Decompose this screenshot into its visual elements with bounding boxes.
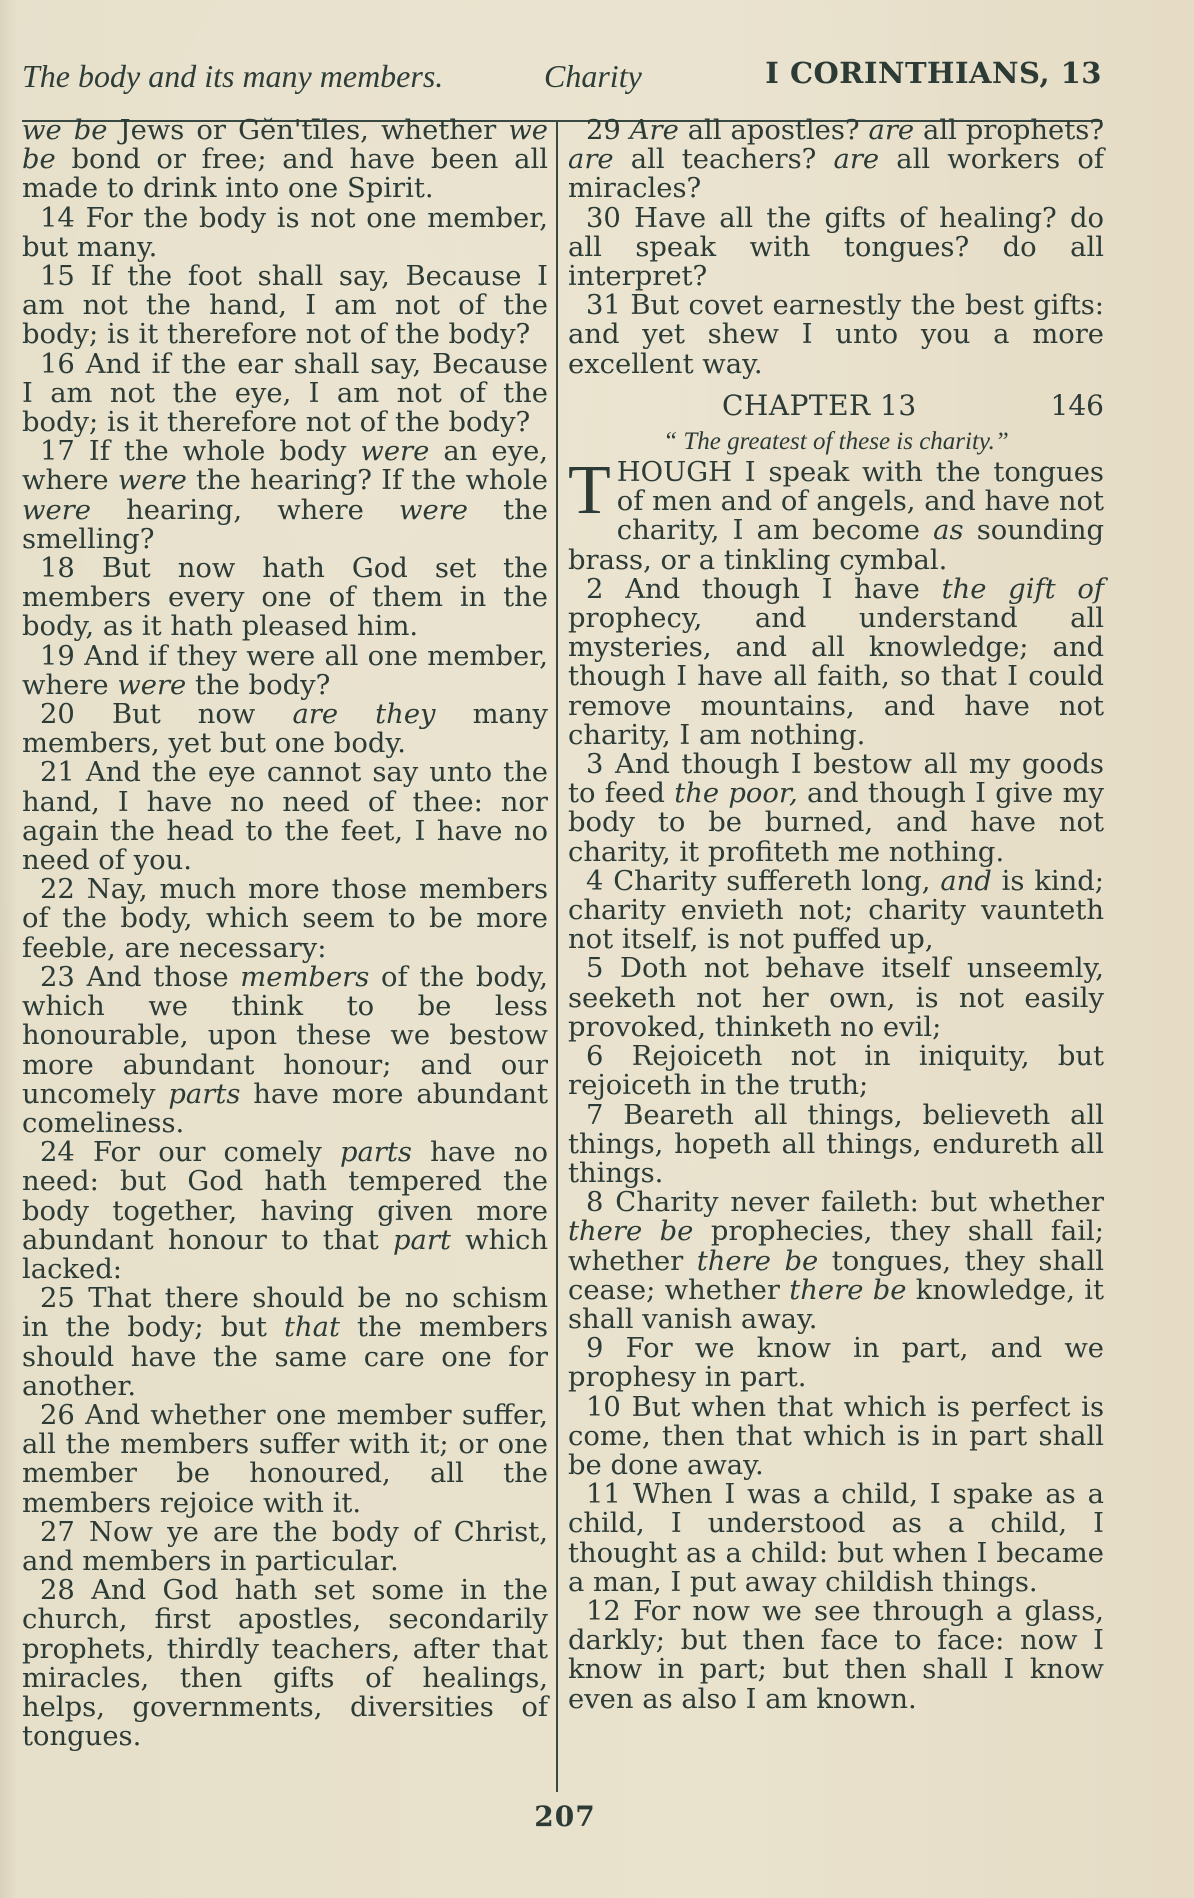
verse-7: 7 Beareth all things, believeth all thin…: [568, 1101, 1104, 1189]
verse-number: 18: [40, 553, 102, 584]
italic-supplied-words: were: [22, 495, 91, 526]
italic-supplied-words: are: [833, 144, 879, 175]
verse-number: 14: [40, 203, 86, 234]
running-head: The body and its many members. Charity I…: [22, 52, 1102, 102]
verse-number: 24: [40, 1137, 93, 1168]
italic-supplied-words: Are: [630, 115, 679, 146]
verse-18: 18 But now hath God set the members ever…: [22, 554, 548, 642]
running-head-book-chapter: I CORINTHIANS, 13: [765, 56, 1102, 90]
verse-text: When I was a child, I spake as a child, …: [568, 1479, 1104, 1598]
verse-number: 8: [586, 1187, 615, 1218]
verse-number: 28: [40, 1575, 91, 1606]
verse-text: But covet earnestly the best gifts: and …: [568, 290, 1104, 379]
italic-supplied-words: as: [933, 515, 963, 546]
verse-text: For our comely: [93, 1137, 340, 1168]
verse-number: 9: [586, 1333, 626, 1364]
right-column: 29 Are all apostles? are all prophets? a…: [568, 116, 1104, 1714]
verse-1-text: HOUGH I speak with the tongues of men an…: [568, 457, 1104, 576]
verse-6: 6 Rejoiceth not in iniquity, but rejoice…: [568, 1042, 1104, 1100]
verse-number: 3: [586, 749, 615, 780]
verse-text: If the whole body: [89, 436, 361, 467]
verse-23: 23 And those members of the body, which …: [22, 963, 548, 1138]
verse-number: 27: [40, 1517, 89, 1548]
verse-number: 31: [586, 290, 630, 321]
italic-supplied-words: and: [940, 866, 992, 897]
verse-11: 11 When I was a child, I spake as a chil…: [568, 1480, 1104, 1597]
verse-2: 2 And though I have the gift of prophecy…: [568, 575, 1104, 750]
verse-text: And if the ear shall say, Because I am n…: [22, 349, 548, 438]
verse-number: 5: [586, 953, 620, 984]
verse-16: 16 And if the ear shall say, Because I a…: [22, 350, 548, 438]
italic-supplied-words: there be: [568, 1216, 693, 1247]
verse-text: For the body is not one member, but many…: [22, 203, 548, 263]
page-number: 207: [0, 1800, 1194, 1833]
verse-text: And though I have: [625, 574, 941, 605]
verse-text: And those: [87, 962, 241, 993]
verse-text: For now we see through a glass, darkly; …: [568, 1596, 1104, 1715]
verse-17: 17 If the whole body were an eye, where …: [22, 437, 548, 554]
verse-number: 25: [40, 1283, 88, 1314]
italic-supplied-words: parts: [340, 1137, 412, 1168]
right-column-verses-before: 29 Are all apostles? are all prophets? a…: [568, 116, 1104, 379]
italic-supplied-words: part: [393, 1225, 451, 1256]
right-column-verses-after: 2 And though I have the gift of prophecy…: [568, 575, 1104, 1714]
verse-number: 10: [586, 1392, 632, 1423]
verse-19: 19 And if they were all one member, wher…: [22, 642, 548, 700]
verse-text: Have all the gifts of healing? do all sp…: [568, 203, 1104, 292]
verse-text: all prophets?: [914, 115, 1104, 146]
verse-text: Nay, much more those members of the body…: [22, 874, 548, 963]
verse-number: 22: [40, 874, 87, 905]
verse-26: 26 And whether one member suffer, all th…: [22, 1401, 548, 1518]
verse-number: 29: [586, 115, 630, 146]
verse-text: Charity suffereth long,: [613, 866, 940, 897]
italic-supplied-words: parts: [168, 1079, 240, 1110]
verse-24: 24 For our comely parts have no need: bu…: [22, 1138, 548, 1284]
italic-supplied-words: the poor,: [674, 778, 797, 809]
chapter-title: CHAPTER 13: [722, 391, 917, 420]
drop-cap: T: [568, 464, 611, 518]
verse-31: 31 But covet earnestly the best gifts: a…: [568, 291, 1104, 379]
chapter-heading: CHAPTER 13 146: [568, 387, 1104, 425]
verse-10: 10 But when that which is perfect is com…: [568, 1393, 1104, 1481]
italic-supplied-words: were: [399, 495, 468, 526]
chapter-summary: “ The greatest of these is charity.”: [568, 427, 1104, 456]
verse-text: Doth not behave itself unseemly, seeketh…: [568, 953, 1104, 1042]
running-head-center: Charity: [544, 58, 642, 95]
verse-text: Jews or Gĕn'tīles, whether: [108, 115, 509, 146]
verse-8: 8 Charity never faileth: but whether the…: [568, 1188, 1104, 1334]
verse-text: all teachers?: [614, 144, 834, 175]
verse-22: 22 Nay, much more those members of the b…: [22, 875, 548, 963]
verse-text: Charity never faileth: but whether: [615, 1187, 1104, 1218]
verse-number: 21: [40, 757, 86, 788]
verse-text: And whether one member suffer, all the m…: [22, 1400, 548, 1519]
italic-supplied-words: there be: [697, 1246, 818, 1277]
verse-12: 12 For now we see through a glass, darkl…: [568, 1597, 1104, 1714]
verse-text: Now ye are the body of Christ, and membe…: [22, 1517, 548, 1577]
verse-text: Beareth all things, believeth all things…: [568, 1100, 1104, 1189]
verse-9: 9 For we know in part, and we prophesy i…: [568, 1334, 1104, 1392]
verse-text: all apostles?: [679, 115, 869, 146]
column-divider: [556, 122, 558, 1792]
verse-text: If the foot shall say, Because I am not …: [22, 261, 548, 350]
verse-text: For we know in part, and we prophesy in …: [568, 1333, 1104, 1393]
verse-number: 20: [40, 699, 112, 730]
italic-supplied-words: the gift of: [942, 574, 1104, 605]
verse-text: hearing, where: [91, 495, 399, 526]
italic-supplied-words: were: [118, 465, 187, 496]
verse-text: bond or free; and have been all made to …: [22, 144, 548, 204]
italic-supplied-words: were: [360, 436, 429, 467]
italic-supplied-words: are: [868, 115, 914, 146]
italic-supplied-words: are they: [292, 699, 435, 730]
verse-number: 12: [586, 1596, 633, 1627]
verse-number: 6: [586, 1041, 632, 1072]
verse-number: 19: [40, 641, 84, 672]
italic-supplied-words: we be: [22, 115, 108, 146]
chapter-number: 146: [1051, 391, 1104, 420]
verse-number: 26: [40, 1400, 85, 1431]
verse-number: 17: [40, 436, 89, 467]
verse-27: 27 Now ye are the body of Christ, and me…: [22, 1518, 548, 1576]
verse-number: 23: [40, 962, 87, 993]
verse-25: 25 That there should be no schism in the…: [22, 1284, 548, 1401]
verse-20: 20 But now are they many members, yet bu…: [22, 700, 548, 758]
verse-30: 30 Have all the gifts of healing? do all…: [568, 204, 1104, 292]
verse-number: 2: [586, 574, 625, 605]
verse-15: 15 If the foot shall say, Because I am n…: [22, 262, 548, 350]
running-head-left: The body and its many members.: [22, 58, 443, 95]
verse-text: Rejoiceth not in iniquity, but rejoiceth…: [568, 1041, 1104, 1101]
verse-text: prophecy, and understand all mysteries, …: [568, 603, 1104, 751]
italic-supplied-words: were: [117, 670, 186, 701]
verse-text: the body?: [186, 670, 330, 701]
verse-28: 28 And God hath set some in the church, …: [22, 1576, 548, 1751]
verse-text: the hearing? If the whole: [187, 465, 548, 496]
italic-supplied-words: members: [240, 962, 369, 993]
verse-text: But now: [112, 699, 293, 730]
verse-21: 21 And the eye cannot say unto the hand,…: [22, 758, 548, 875]
bible-page: The body and its many members. Charity I…: [0, 0, 1194, 1898]
verse-number: 7: [586, 1100, 623, 1131]
verse-4: 4 Charity suffereth long, and is kind; c…: [568, 867, 1104, 955]
verse-14: 14 For the body is not one member, but m…: [22, 204, 548, 262]
italic-supplied-words: are: [568, 144, 614, 175]
verse-number: 30: [586, 203, 634, 234]
verse-5: 5 Doth not behave itself unseemly, seeke…: [568, 954, 1104, 1042]
verse-1: THOUGH I speak with the tongues of men a…: [568, 458, 1104, 575]
verse-number: 15: [40, 261, 91, 292]
verse-29: 29 Are all apostles? are all prophets? a…: [568, 116, 1104, 204]
italic-supplied-words: that: [284, 1312, 340, 1343]
verse-number: 16: [40, 349, 86, 380]
verse-number: 4: [586, 866, 613, 897]
verse-text: And the eye cannot say unto the hand, I …: [22, 757, 548, 876]
verse-text: But when that which is perfect is come, …: [568, 1392, 1104, 1481]
verse-text: And God hath set some in the church, fir…: [22, 1575, 548, 1752]
verse-3: 3 And though I bestow all my goods to fe…: [568, 750, 1104, 867]
italic-supplied-words: there be: [789, 1275, 906, 1306]
verse-number: 11: [586, 1479, 633, 1510]
verse-continuation: we be Jews or Gĕn'tīles, whether we be b…: [22, 116, 548, 204]
left-column: we be Jews or Gĕn'tīles, whether we be b…: [22, 116, 548, 1751]
